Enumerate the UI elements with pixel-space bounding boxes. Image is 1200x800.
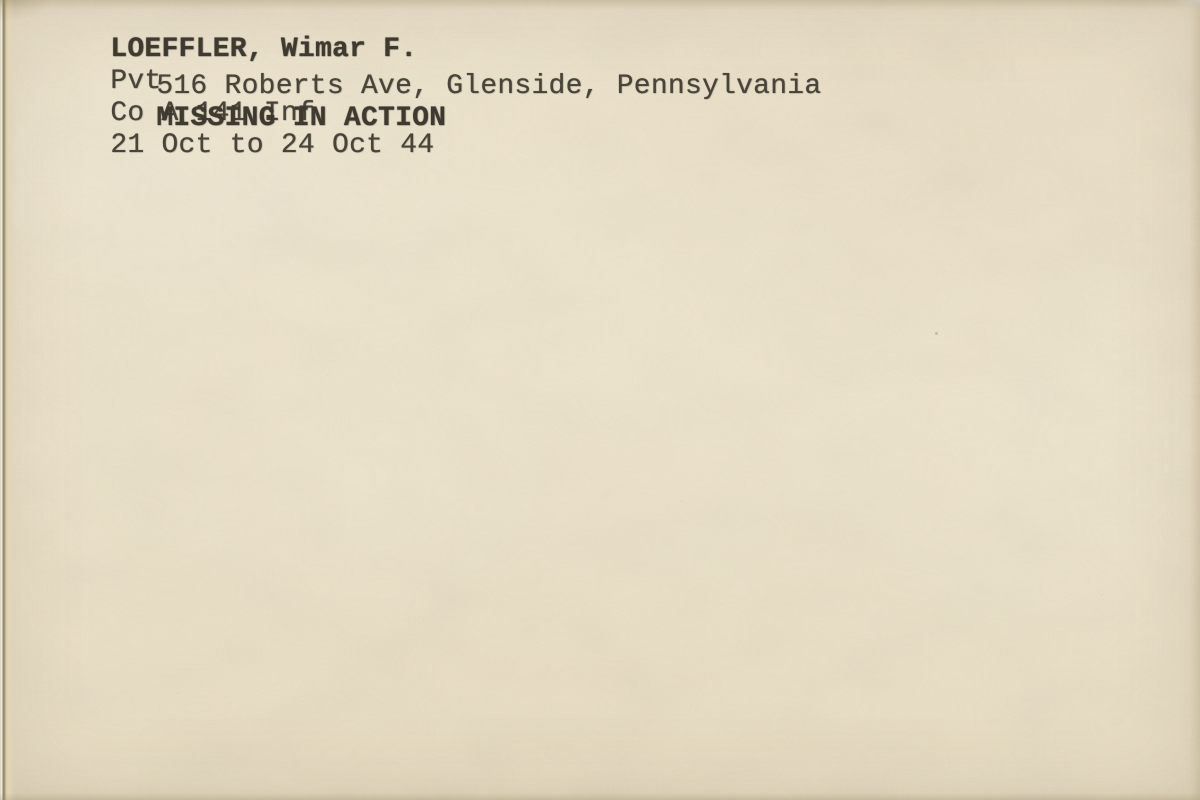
status-text: MISSING IN ACTION bbox=[156, 103, 446, 134]
home-address: 516 Roberts Ave, Glenside, Pennsylvania bbox=[156, 71, 821, 102]
scanned-index-card: LOEFFLER, Wimar F. Pvt Co A 141 Inf 21 O… bbox=[0, 0, 1200, 800]
record-line-secondary: 516 Roberts Ave, Glenside, Pennsylvania … bbox=[54, 39, 855, 167]
typewritten-text: LOEFFLER, Wimar F. Pvt Co A 141 Inf 21 O… bbox=[0, 0, 1200, 800]
